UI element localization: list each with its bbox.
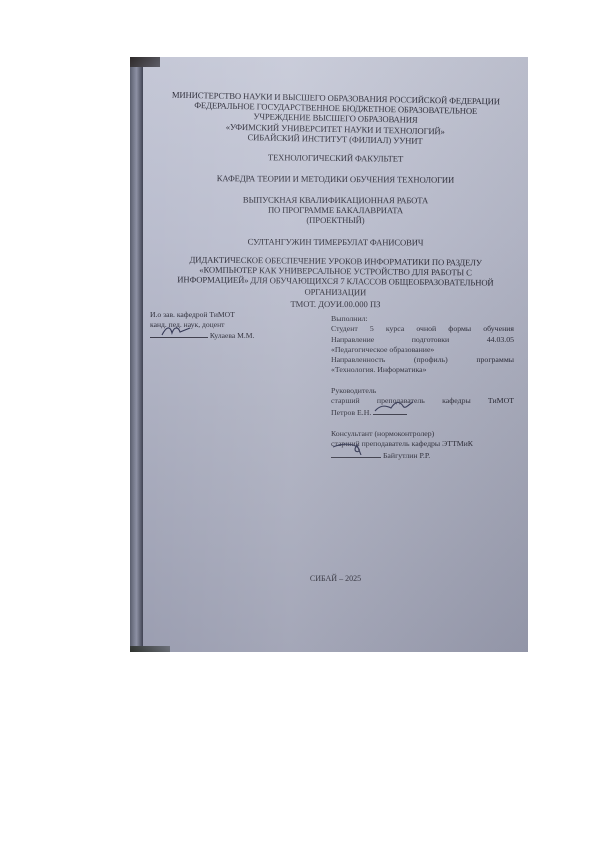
signature-icon <box>156 323 200 339</box>
approval-position: И.о зав. кафедрой ТиМОТ <box>150 310 310 320</box>
thesis-topic: ДИДАКТИЧЕСКОЕ ОБЕСПЕЧЕНИЕ УРОКОВ ИНФОРМА… <box>151 254 520 299</box>
document-photo: МИНИСТЕРСТВО НАУКИ И ВЫСШЕГО ОБРАЗОВАНИЯ… <box>130 57 528 652</box>
department-name: КАФЕДРА ТЕОРИИ И МЕТОДИКИ ОБУЧЕНИЯ ТЕХНО… <box>151 173 520 186</box>
performer-block: Выполнил: Студент 5 курса очной формы об… <box>331 314 514 462</box>
performer-profile-label: Направленность (профиль) программы <box>331 355 514 365</box>
signature-line <box>331 449 381 458</box>
work-type-line: (ПРОЕКТНЫЙ) <box>151 215 520 226</box>
supervisor-signature-row: Петров Е.Н. <box>331 406 514 418</box>
city-year: СИБАЙ – 2025 <box>151 574 520 584</box>
supervisor-name: Петров Е.Н. <box>331 408 371 417</box>
consultant-signature-row: Байгутлин Р.Р. <box>331 449 514 461</box>
approval-block: И.о зав. кафедрой ТиМОТ канд. пед. наук,… <box>150 310 310 341</box>
book-binding <box>130 57 143 652</box>
signature-icon <box>373 398 417 414</box>
performer-profile: «Технология. Информатика» <box>331 365 514 375</box>
supervisor-label: Руководитель <box>331 386 514 396</box>
signature-line <box>150 329 208 338</box>
consultant-name: Байгутлин Р.Р. <box>383 451 430 460</box>
consultant-label: Консультант (нормоконтролер) <box>331 429 514 439</box>
approval-signature-row: Кулаева М.М. <box>150 329 310 341</box>
performer-student: Студент 5 курса очной формы обучения <box>331 324 514 334</box>
performer-label: Выполнил: <box>331 314 514 324</box>
supervisor-position: старший преподаватель кафедры ТиМОТ <box>331 396 514 406</box>
performer-direction: Направление подготовки 44.03.05 <box>331 335 514 345</box>
faculty-name: ТЕХНОЛОГИЧЕСКИЙ ФАКУЛЬТЕТ <box>151 151 520 165</box>
document-code: ТМОТ. ДОУИ.00.000 ПЗ <box>151 298 520 309</box>
author-name: СУЛТАНГУЖИН ТИМЕРБУЛАТ ФАНИСОВИЧ <box>151 236 520 248</box>
work-type: ВЫПУСКНАЯ КВАЛИФИКАЦИОННАЯ РАБОТА ПО ПРО… <box>151 194 520 226</box>
performer-program: «Педагогическое образование» <box>331 345 514 355</box>
title-page: МИНИСТЕРСТВО НАУКИ И ВЫСШЕГО ОБРАЗОВАНИЯ… <box>143 57 528 652</box>
institution-header: МИНИСТЕРСТВО НАУКИ И ВЫСШЕГО ОБРАЗОВАНИЯ… <box>151 89 521 148</box>
approval-name: Кулаева М.М. <box>210 331 255 340</box>
signature-icon <box>331 439 375 455</box>
signature-line <box>373 406 407 415</box>
